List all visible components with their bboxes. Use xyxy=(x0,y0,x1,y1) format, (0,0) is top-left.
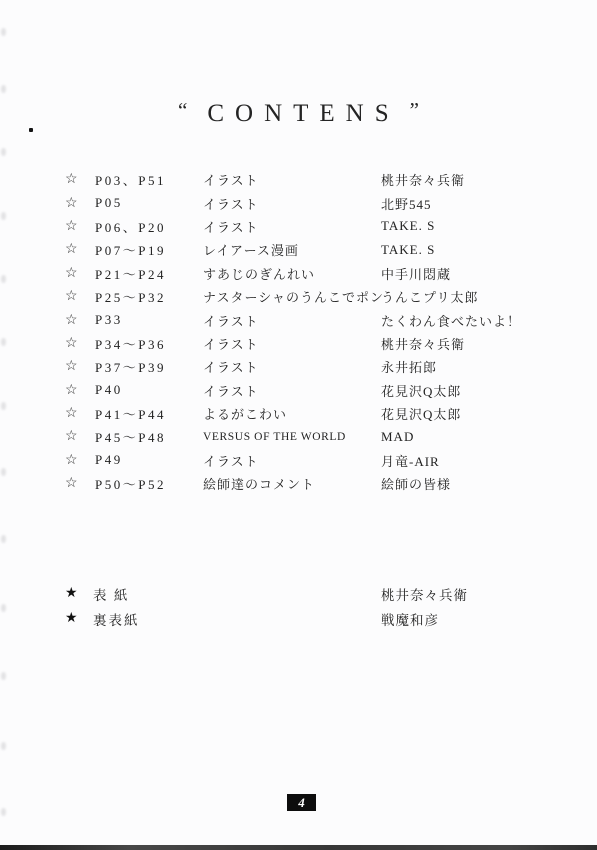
cover-author: 戦魔和彦 xyxy=(381,609,439,629)
toc-title: イラスト xyxy=(203,170,381,189)
toc-title: ナスターシャのうんこでポン xyxy=(203,287,381,306)
cover-label: 裏表紙 xyxy=(93,609,381,629)
toc-title: すあじのぎんれい xyxy=(203,264,381,283)
toc-title: イラスト xyxy=(203,311,381,330)
toc-author: TAKE. S xyxy=(381,242,435,258)
scan-smudge xyxy=(1,85,6,93)
toc-row: ☆ P05 イラスト 北野545 xyxy=(65,191,521,214)
star-filled-icon: ★ xyxy=(65,585,93,602)
toc-author: 花見沢Q太郎 xyxy=(381,381,461,400)
scan-smudge xyxy=(1,28,6,36)
scan-smudge xyxy=(1,338,6,346)
star-outline-icon: ☆ xyxy=(65,288,95,305)
toc-title: イラスト xyxy=(203,357,381,376)
toc-row: ☆ P03、P51 イラスト 桃井奈々兵衛 xyxy=(65,168,521,191)
cover-row: ★ 裏表紙 戦魔和彦 xyxy=(65,606,468,631)
toc-title: イラスト xyxy=(203,381,381,400)
toc-author: 絵師の皆様 xyxy=(381,474,451,493)
scan-edge-strip xyxy=(0,845,597,850)
star-outline-icon: ☆ xyxy=(65,428,95,445)
open-quote: “ xyxy=(178,98,187,122)
toc-row: ☆ P06、P20 イラスト TAKE. S xyxy=(65,215,521,238)
page-title: “CONTENS” xyxy=(0,100,597,128)
star-outline-icon: ☆ xyxy=(65,335,95,352)
star-outline-icon: ☆ xyxy=(65,382,95,399)
scan-smudge xyxy=(1,148,6,156)
star-outline-icon: ☆ xyxy=(65,265,95,282)
page-number-box: 4 xyxy=(287,794,316,811)
toc-author: たくわん食べたいよ！ xyxy=(381,311,521,330)
scan-smudge xyxy=(1,212,6,220)
toc-title: 絵師達のコメント xyxy=(203,474,381,493)
title-text: CONTENS xyxy=(207,100,399,127)
toc-title: イラスト xyxy=(203,451,381,470)
toc-author: 桃井奈々兵衛 xyxy=(381,170,465,189)
toc-author: MAD xyxy=(381,429,414,445)
scan-smudge xyxy=(1,742,6,750)
scan-smudge xyxy=(1,275,6,283)
toc-author: 中手川悶蔵 xyxy=(381,264,451,283)
toc-author: 月竜-AIR xyxy=(381,451,440,470)
toc-pages: P07〜P19 xyxy=(95,240,203,259)
toc-row: ☆ P07〜P19 レイアース漫画 TAKE. S xyxy=(65,238,521,261)
toc-row: ☆ P34〜P36 イラスト 桃井奈々兵衛 xyxy=(65,332,521,355)
star-outline-icon: ☆ xyxy=(65,218,95,235)
toc-row: ☆ P41〜P44 よるがこわい 花見沢Q太郎 xyxy=(65,402,521,425)
toc-pages: P49 xyxy=(95,452,203,468)
toc-author: 永井拓郎 xyxy=(381,357,437,376)
cover-row: ★ 表 紙 桃井奈々兵衛 xyxy=(65,581,468,606)
toc-pages: P41〜P44 xyxy=(95,404,203,423)
toc-author: 北野545 xyxy=(381,194,432,213)
toc-pages: P05 xyxy=(95,195,203,211)
cover-credits: ★ 表 紙 桃井奈々兵衛 ★ 裏表紙 戦魔和彦 xyxy=(65,581,468,631)
toc-row: ☆ P49 イラスト 月竜-AIR xyxy=(65,449,521,472)
scan-smudge xyxy=(1,604,6,612)
toc-title: イラスト xyxy=(203,217,381,236)
toc-pages: P50〜P52 xyxy=(95,474,203,493)
toc-pages: P25〜P32 xyxy=(95,287,203,306)
toc-row: ☆ P37〜P39 イラスト 永井拓郎 xyxy=(65,355,521,378)
toc-row: ☆ P25〜P32 ナスターシャのうんこでポン うんこプリ太郎 xyxy=(65,285,521,308)
toc-pages: P06、P20 xyxy=(95,217,203,236)
star-outline-icon: ☆ xyxy=(65,475,95,492)
star-outline-icon: ☆ xyxy=(65,312,95,329)
toc-pages: P03、P51 xyxy=(95,170,203,189)
toc-title: よるがこわい xyxy=(203,404,381,423)
toc-title: イラスト xyxy=(203,194,381,213)
scan-smudge xyxy=(1,808,6,816)
star-outline-icon: ☆ xyxy=(65,452,95,469)
scan-smudge xyxy=(1,402,6,410)
ink-dot-artifact xyxy=(29,128,33,132)
toc-row: ☆ P45〜P48 VERSUS OF THE WORLD MAD xyxy=(65,425,521,448)
toc-title: イラスト xyxy=(203,334,381,353)
toc-row: ☆ P40 イラスト 花見沢Q太郎 xyxy=(65,379,521,402)
toc-row: ☆ P50〜P52 絵師達のコメント 絵師の皆様 xyxy=(65,472,521,495)
toc-pages: P40 xyxy=(95,382,203,398)
toc-author: 花見沢Q太郎 xyxy=(381,404,461,423)
toc-pages: P37〜P39 xyxy=(95,357,203,376)
toc-list: ☆ P03、P51 イラスト 桃井奈々兵衛 ☆ P05 イラスト 北野545 ☆… xyxy=(65,168,521,495)
page-number: 4 xyxy=(298,795,305,811)
star-filled-icon: ★ xyxy=(65,610,93,627)
star-outline-icon: ☆ xyxy=(65,358,95,375)
toc-title: レイアース漫画 xyxy=(203,240,381,259)
star-outline-icon: ☆ xyxy=(65,195,95,212)
scan-smudge xyxy=(1,535,6,543)
star-outline-icon: ☆ xyxy=(65,241,95,258)
star-outline-icon: ☆ xyxy=(65,171,95,188)
toc-author: うんこプリ太郎 xyxy=(381,287,478,306)
toc-pages: P45〜P48 xyxy=(95,427,203,446)
scan-smudge xyxy=(1,468,6,476)
toc-title: VERSUS OF THE WORLD xyxy=(203,431,381,443)
star-outline-icon: ☆ xyxy=(65,405,95,422)
toc-pages: P21〜P24 xyxy=(95,264,203,283)
toc-pages: P33 xyxy=(95,312,203,328)
toc-row: ☆ P21〜P24 すあじのぎんれい 中手川悶蔵 xyxy=(65,262,521,285)
cover-author: 桃井奈々兵衛 xyxy=(381,584,468,604)
cover-label: 表 紙 xyxy=(93,584,381,604)
toc-author: TAKE. S xyxy=(381,218,435,234)
scan-smudge xyxy=(1,672,6,680)
close-quote: ” xyxy=(410,98,419,122)
toc-pages: P34〜P36 xyxy=(95,334,203,353)
toc-row: ☆ P33 イラスト たくわん食べたいよ！ xyxy=(65,308,521,331)
toc-author: 桃井奈々兵衛 xyxy=(381,334,465,353)
